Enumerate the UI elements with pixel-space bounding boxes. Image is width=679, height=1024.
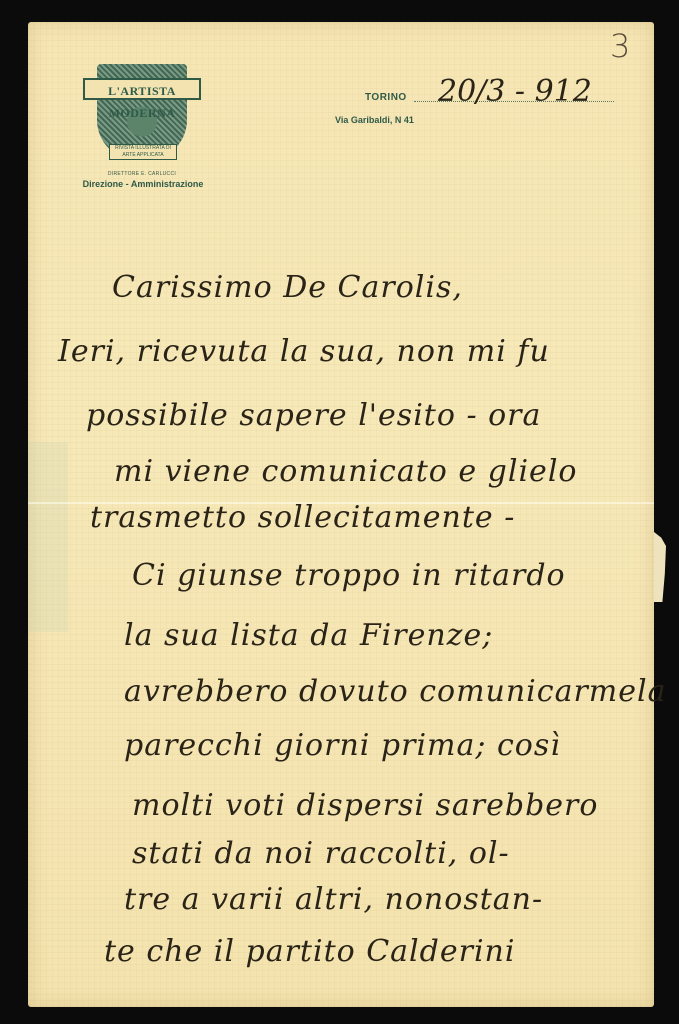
- body-line: molti voti dispersi sarebbero: [132, 788, 598, 823]
- logo-subtitle: RIVISTA ILLUSTRATA DI ARTE APPLICATA: [109, 144, 177, 160]
- letterhead-director: DIRETTORE E. CARLUCCI: [80, 171, 204, 177]
- handwritten-date: 20/3 - 912: [438, 74, 592, 109]
- body-line: mi viene comunicato e glielo: [114, 454, 577, 489]
- body-line: trasmetto sollecitamente -: [90, 500, 515, 535]
- body-line: stati da noi raccolti, ol-: [132, 836, 510, 871]
- body-line: la sua lista da Firenze;: [124, 618, 493, 653]
- letterhead-address: Via Garibaldi, N 41: [335, 115, 414, 125]
- body-line: Ci giunse troppo in ritardo: [132, 558, 566, 593]
- logo-title: L'ARTISTA MODERNA: [83, 78, 201, 100]
- body-line: te che il partito Calderini: [104, 934, 515, 969]
- letterhead-city: TORINO: [365, 92, 407, 103]
- paper-stain: [28, 442, 68, 632]
- letterhead-logo: L'ARTISTA MODERNA RIVISTA ILLUSTRATA DI …: [83, 64, 201, 160]
- paper-tear: [654, 532, 666, 602]
- body-line: parecchi giorni prima; così: [124, 728, 561, 763]
- body-line: possibile sapere l'esito - ora: [86, 398, 541, 433]
- body-line: Ieri, ricevuta la sua, non mi fu: [58, 334, 550, 369]
- salutation: Carissimo De Carolis,: [112, 270, 463, 305]
- letterhead-department: Direzione - Amministrazione: [78, 179, 208, 189]
- body-line: tre a varii altri, nonostan-: [124, 882, 543, 917]
- body-line: avrebbero dovuto comunicarmela: [124, 674, 666, 709]
- letter-page: L'ARTISTA MODERNA RIVISTA ILLUSTRATA DI …: [28, 22, 654, 1007]
- page-number: 3: [610, 27, 630, 65]
